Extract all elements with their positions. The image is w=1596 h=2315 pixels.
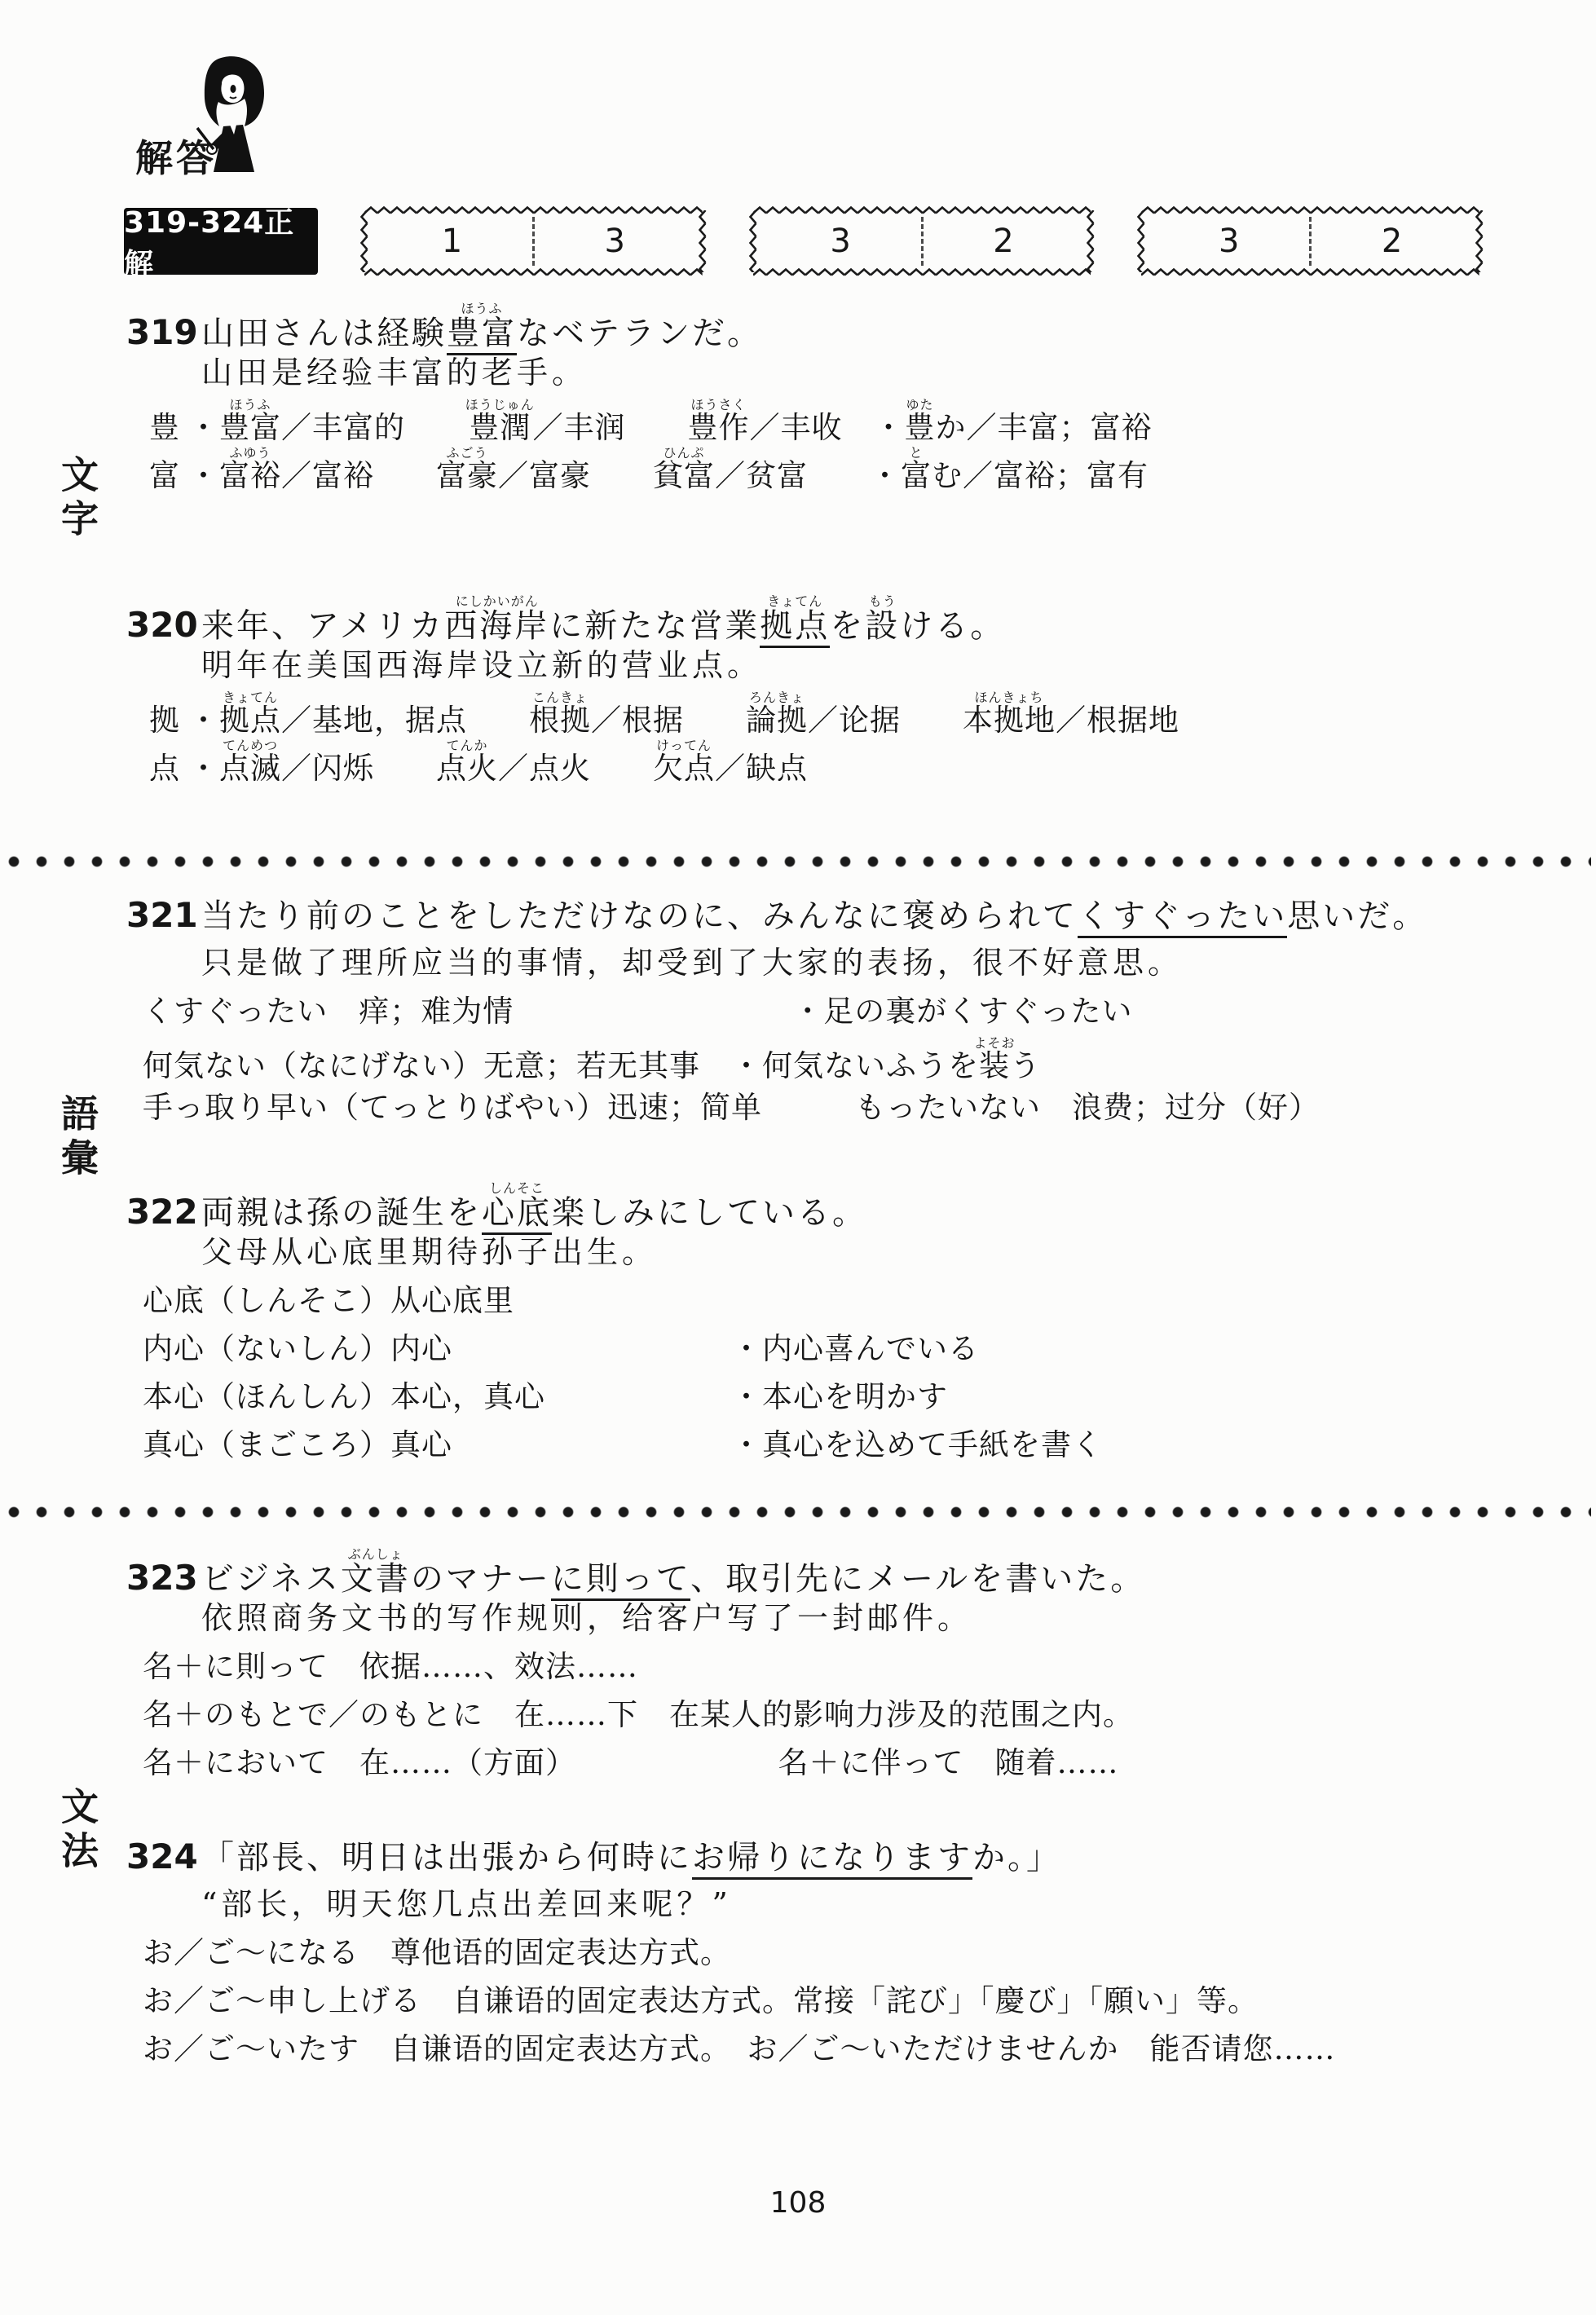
zigzag-border-bottom <box>1141 268 1479 276</box>
vocab-line: 何気ない（なにげない）无意；若无其事 ・何気ないふうを装よそおう <box>126 1035 1561 1083</box>
zigzag-border-right <box>1087 210 1095 272</box>
kanji-head: 豊 <box>149 403 180 452</box>
teacher-girl-illustration <box>194 54 276 181</box>
sidebar-label-moji: 文字 <box>51 455 104 543</box>
vocab-line: 本心（ほんしん）本心，真心 ・本心を明かす <box>126 1373 1561 1421</box>
sidebar-label-goi: 語彙 <box>51 1094 104 1182</box>
question-sentence: 当たり前のことをしただけなのに、みんなに褒められてくすぐったい思いだ。 <box>201 897 1427 938</box>
chinese-translation: 山田是经验丰富的老手。 <box>126 349 1561 397</box>
chinese-translation: 只是做了理所应当的事情，却受到了大家的表扬，很不好意思。 <box>126 939 1561 987</box>
dotted-divider <box>7 854 1591 869</box>
answer-value: 2 <box>921 217 1084 266</box>
question-number: 320 <box>126 601 201 649</box>
vocab-entries: ・富裕ふゆう／富裕 富豪ふごう／富豪 貧富ひんぷ／贫富 ・富とむ／富裕；富有 <box>188 458 1149 493</box>
vocab-line: 内心（ないしん）内心 ・内心喜んでいる <box>126 1325 1561 1373</box>
kanji-head: 拠 <box>149 696 180 744</box>
chinese-translation: 依照商务文书的写作规则，给客户写了一封邮件。 <box>126 1594 1561 1643</box>
zigzag-border-left <box>749 210 757 272</box>
answer-bar: 319-324正解 1 3 3 2 3 2 <box>124 204 1484 279</box>
zigzag-border-left <box>360 210 368 272</box>
zigzag-border-right <box>1475 210 1484 272</box>
section-321: 321当たり前のことをしただけなのに、みんなに褒められてくすぐったい思いだ。 只… <box>126 891 1561 1131</box>
answer-group-3: 3 2 <box>1137 206 1484 276</box>
answer-group-2: 3 2 <box>749 206 1096 276</box>
zigzag-border-bottom <box>364 268 703 276</box>
kanji-head: 富 <box>149 452 180 500</box>
question-sentence: 「部長、明日は出張から何時にお帰りになりますか。」 <box>201 1839 1061 1880</box>
question-line: 320来年、アメリカ西海岸にしかいがんに新たな営業拠点きょてんを設もうける。 <box>126 593 1561 642</box>
vocab-line: 富・富裕ふゆう／富裕 富豪ふごう／富豪 貧富ひんぷ／贫富 ・富とむ／富裕；富有 <box>126 445 1561 493</box>
answer-value: 3 <box>761 217 921 266</box>
vocab-line: お／ご～いたす 自谦语的固定表达方式。 お／ご～いただけませんか 能否请您…… <box>126 2025 1561 2073</box>
chinese-translation: “部长，明天您几点出差回来呢？” <box>126 1881 1561 1929</box>
sidebar-label-bunpou: 文法 <box>51 1787 104 1875</box>
question-line: 324「部長、明日は出張から何時にお帰りになりますか。」 <box>126 1832 1561 1881</box>
answer-range-label: 319-324正解 <box>124 208 318 275</box>
vocab-line: 名＋のもとで／のもとに 在……下 在某人的影响力涉及的范围之内。 <box>126 1691 1561 1739</box>
question-number: 324 <box>126 1832 201 1881</box>
question-line: 322両親は孫の誕生を心底しんそこ楽しみにしている。 <box>126 1180 1561 1228</box>
vocab-entries: ・豊富ほうふ／丰富的 豊潤ほうじゅん／丰润 豊作ほうさく／丰收 ・豊ゆたか／丰富… <box>188 410 1153 445</box>
question-number: 322 <box>126 1188 201 1236</box>
section-320: 320来年、アメリカ西海岸にしかいがんに新たな営業拠点きょてんを設もうける。 明… <box>126 593 1561 786</box>
zigzag-border-top <box>753 206 1091 214</box>
question-number: 321 <box>126 891 201 939</box>
section-323: 323ビジネス文書ぶんしょのマナーに則って、取引先にメールを書いた。 依照商务文… <box>126 1546 1561 1787</box>
page-number: 108 <box>0 2186 1596 2220</box>
question-line: 321当たり前のことをしただけなのに、みんなに褒められてくすぐったい思いだ。 <box>126 891 1561 939</box>
vocab-entries: ・点滅てんめつ／闪烁 点火てんか／点火 欠点けってん／缺点 <box>188 751 808 786</box>
vocab-entries: ・拠点きょてん／基地，据点 根拠こんきょ／根据 論拠ろんきょ／论据 本拠地ほんき… <box>188 703 1179 738</box>
section-324: 324「部長、明日は出張から何時にお帰りになりますか。」 “部长，明天您几点出差… <box>126 1832 1561 2073</box>
vocab-line: 名＋において 在……（方面） 名＋に伴って 随着…… <box>126 1739 1561 1787</box>
question-number: 323 <box>126 1554 201 1602</box>
answer-key-page: 解答 319-324正解 1 3 3 2 <box>0 0 1596 2315</box>
answer-group-1: 1 3 <box>360 206 707 276</box>
zigzag-border-right <box>699 210 707 272</box>
answer-value: 3 <box>532 217 695 266</box>
section-322: 322両親は孫の誕生を心底しんそこ楽しみにしている。 父母从心底里期待孙子出生。… <box>126 1180 1561 1469</box>
vocab-line: 心底（しんそこ）从心底里 <box>126 1277 1561 1325</box>
answer-value: 1 <box>372 217 532 266</box>
question-number: 319 <box>126 308 201 356</box>
vocab-line: くすぐったい 痒；难为情 ・足の裏がくすぐったい <box>126 987 1561 1035</box>
section-319: 319山田さんは経験豊富ほうふなベテランだ。 山田是经验丰富的老手。 豊・豊富ほ… <box>126 301 1561 493</box>
vocab-line: 点・点滅てんめつ／闪烁 点火てんか／点火 欠点けってん／缺点 <box>126 738 1561 786</box>
vocab-line: お／ご～になる 尊他语的固定表达方式。 <box>126 1929 1561 1977</box>
zigzag-border-left <box>1137 210 1145 272</box>
answer-value: 2 <box>1309 217 1472 266</box>
zigzag-border-top <box>364 206 703 214</box>
vocab-line: お／ご～申し上げる 自谦语的固定表达方式。常接「詫び」「慶び」「願い」等。 <box>126 1977 1561 2025</box>
zigzag-border-bottom <box>753 268 1091 276</box>
dotted-divider <box>7 1505 1591 1519</box>
answer-value: 3 <box>1149 217 1309 266</box>
kanji-head: 点 <box>149 744 180 792</box>
vocab-line: 手っ取り早い（てっとりばやい）迅速；简单 もったいない 浪费；过分（好） <box>126 1083 1561 1131</box>
vocab-line: 真心（まごころ）真心 ・真心を込めて手紙を書く <box>126 1421 1561 1469</box>
question-line: 319山田さんは経験豊富ほうふなベテランだ。 <box>126 301 1561 349</box>
vocab-line: 豊・豊富ほうふ／丰富的 豊潤ほうじゅん／丰润 豊作ほうさく／丰收 ・豊ゆたか／丰… <box>126 397 1561 445</box>
zigzag-border-top <box>1141 206 1479 214</box>
vocab-line: 名＋に則って 依据……、效法…… <box>126 1643 1561 1691</box>
question-line: 323ビジネス文書ぶんしょのマナーに則って、取引先にメールを書いた。 <box>126 1546 1561 1594</box>
vocab-line: 拠・拠点きょてん／基地，据点 根拠こんきょ／根据 論拠ろんきょ／论据 本拠地ほん… <box>126 690 1561 738</box>
